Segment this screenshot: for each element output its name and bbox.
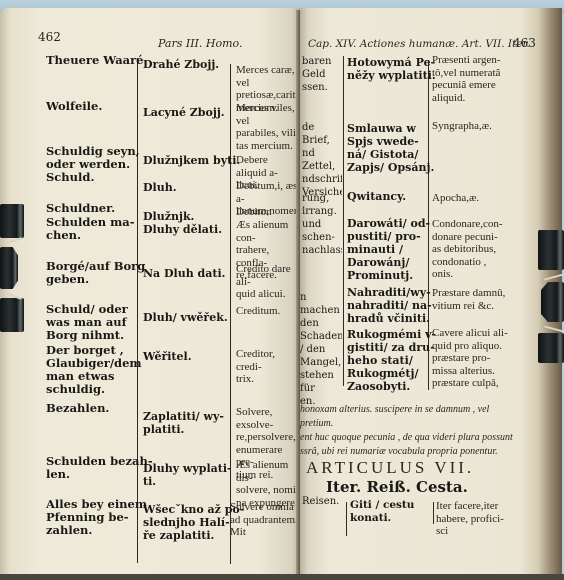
binder-clip-left-bottom	[0, 298, 24, 332]
german-entry: Schuld/ oder was man auf Borg nihmt.	[46, 303, 128, 342]
german-entry: Borgé/auf Borg geben.	[46, 260, 145, 286]
latin-entry: Cavere alicui ali- quid pro aliquo. præs…	[432, 327, 508, 390]
column-rule	[230, 64, 231, 564]
binder-clip-right-top	[538, 230, 564, 270]
german-entry: Theuere Waaré.	[46, 54, 148, 67]
binder-clip-right-middle	[541, 282, 564, 322]
latin-entry: Præsenti argen- tô,vel numeratâ pecuniâ …	[432, 54, 501, 104]
bottom-edge	[0, 574, 564, 580]
czech-entry: Dlužnjk.	[143, 210, 194, 223]
binder-clip-left-top	[0, 204, 24, 238]
running-header-right: Cap. XIV. Actiones humanæ. Art. VII. Ite…	[308, 38, 530, 50]
latin-entry: Apocha,æ.	[432, 192, 479, 205]
german-entry: Schuldig seyn, oder werden.	[46, 145, 140, 171]
czech-entry: Dluh.	[143, 181, 177, 194]
book-scan: 462 Pars III. Homo. Theuere Waaré. Wolfe…	[0, 0, 564, 580]
latin-entry: Creditor, credi- trix.	[236, 348, 300, 386]
german-fragment: n machen den Schaden / den Mangel,&c. st…	[300, 291, 342, 408]
running-header-left: Pars III. Homo.	[158, 37, 242, 50]
article-title: ARTICULUS VII.	[306, 458, 474, 478]
german-fragment: baren Geld ssen.	[302, 55, 342, 94]
column-rule	[343, 56, 344, 386]
czech-entry: Nahraditi/wy- nahraditi/ na- hradů včini…	[347, 286, 432, 325]
german-fragment: rung, irrang. und schen- nachlassen.	[302, 192, 342, 257]
binder-clip-left-middle	[0, 247, 18, 289]
czech-entry: Dluhy dělati.	[143, 223, 222, 236]
latin-entry: Syngrapha,æ.	[432, 120, 492, 133]
note-line: pretium.	[300, 418, 333, 429]
latin-entry: Condonare,con- donare pecuni- as debitor…	[432, 218, 503, 281]
german-entry: Schuld.	[46, 171, 94, 184]
latin-entry: Debitor.	[236, 206, 272, 219]
german-entry: Wolfeile.	[46, 100, 102, 113]
note-line: ssrâ, ubi rei numariæ vocabula propria p…	[300, 446, 498, 457]
czech-entry: Lacyné Zbojj.	[143, 106, 225, 119]
czech-entry: Giti / cestu konati.	[350, 499, 414, 525]
czech-entry: Zaplatiti/ wy- platiti.	[143, 410, 224, 436]
czech-entry: Dluhy wyplati- ti.	[143, 462, 232, 488]
right-page: Cap. XIV. Actiones humanæ. Art. VII. Ite…	[300, 8, 562, 576]
german-entry: Schulden ma- chen.	[46, 216, 135, 242]
czech-entry: Hotowymá Pe- něžy wyplatiti.	[347, 56, 436, 82]
page-number-right: 463	[513, 36, 536, 50]
column-rule	[346, 502, 347, 536]
german-fragment: Reisen.	[302, 495, 342, 508]
czech-entry: Dluh/ vwěřek.	[143, 311, 228, 324]
czech-entry: Rukogmémi v- gistiti/ za dru- heho stati…	[347, 328, 436, 393]
czech-entry: Darowáti/ od- pustiti/ pro- minauti / Da…	[347, 217, 430, 282]
latin-entry: Solvere omnia ad quadrantem. Mit	[230, 501, 298, 539]
czech-entry: Drahé Zbojj.	[143, 58, 219, 71]
german-entry: Der borget , Glaubiger/dem man etwas sch…	[46, 344, 142, 396]
left-page: 462 Pars III. Homo. Theuere Waaré. Wolfe…	[0, 8, 300, 576]
czech-entry: Na Dluh dati.	[143, 267, 225, 280]
note-line: honoxam alterius. suscipere in se damnum…	[300, 404, 489, 415]
page-number-left: 462	[38, 30, 61, 44]
note-line: ent huc quoque pecunia , de qua videri p…	[300, 432, 513, 443]
german-entry: Bezahlen.	[46, 402, 109, 415]
czech-entry: Dlužnjkem byti.	[143, 154, 240, 167]
german-entry: Schulden bezah- len.	[46, 455, 153, 481]
latin-entry: Creditum.	[236, 305, 280, 318]
czech-entry: Qwitancy.	[347, 190, 406, 203]
german-entry: Alles bey einem Pfenning be- zahlen.	[46, 498, 147, 537]
czech-entry: Smlauwa w Spjs vwede- ná/ Gistota/ Zapjs…	[347, 122, 434, 174]
latin-entry: Credito dare ali- quid alicui.	[236, 263, 300, 301]
article-subtitle: Iter. Reiß. Cesta.	[326, 478, 468, 496]
note-text: honoxam alterius. suscipere in se damnum…	[300, 404, 489, 415]
latin-entry: Iter facere,iter habere, profici- sci	[436, 500, 504, 538]
czech-entry: Wěřitel.	[143, 350, 192, 363]
latin-entry: Merces viles, vel parabiles, vili- tas m…	[236, 102, 300, 152]
column-rule	[433, 502, 434, 524]
german-entry: Schuldner.	[46, 202, 115, 215]
column-rule	[137, 58, 138, 563]
binder-clip-right-bottom	[538, 333, 564, 363]
latin-entry: Præstare damnū, vitium rei &c.	[432, 287, 505, 312]
